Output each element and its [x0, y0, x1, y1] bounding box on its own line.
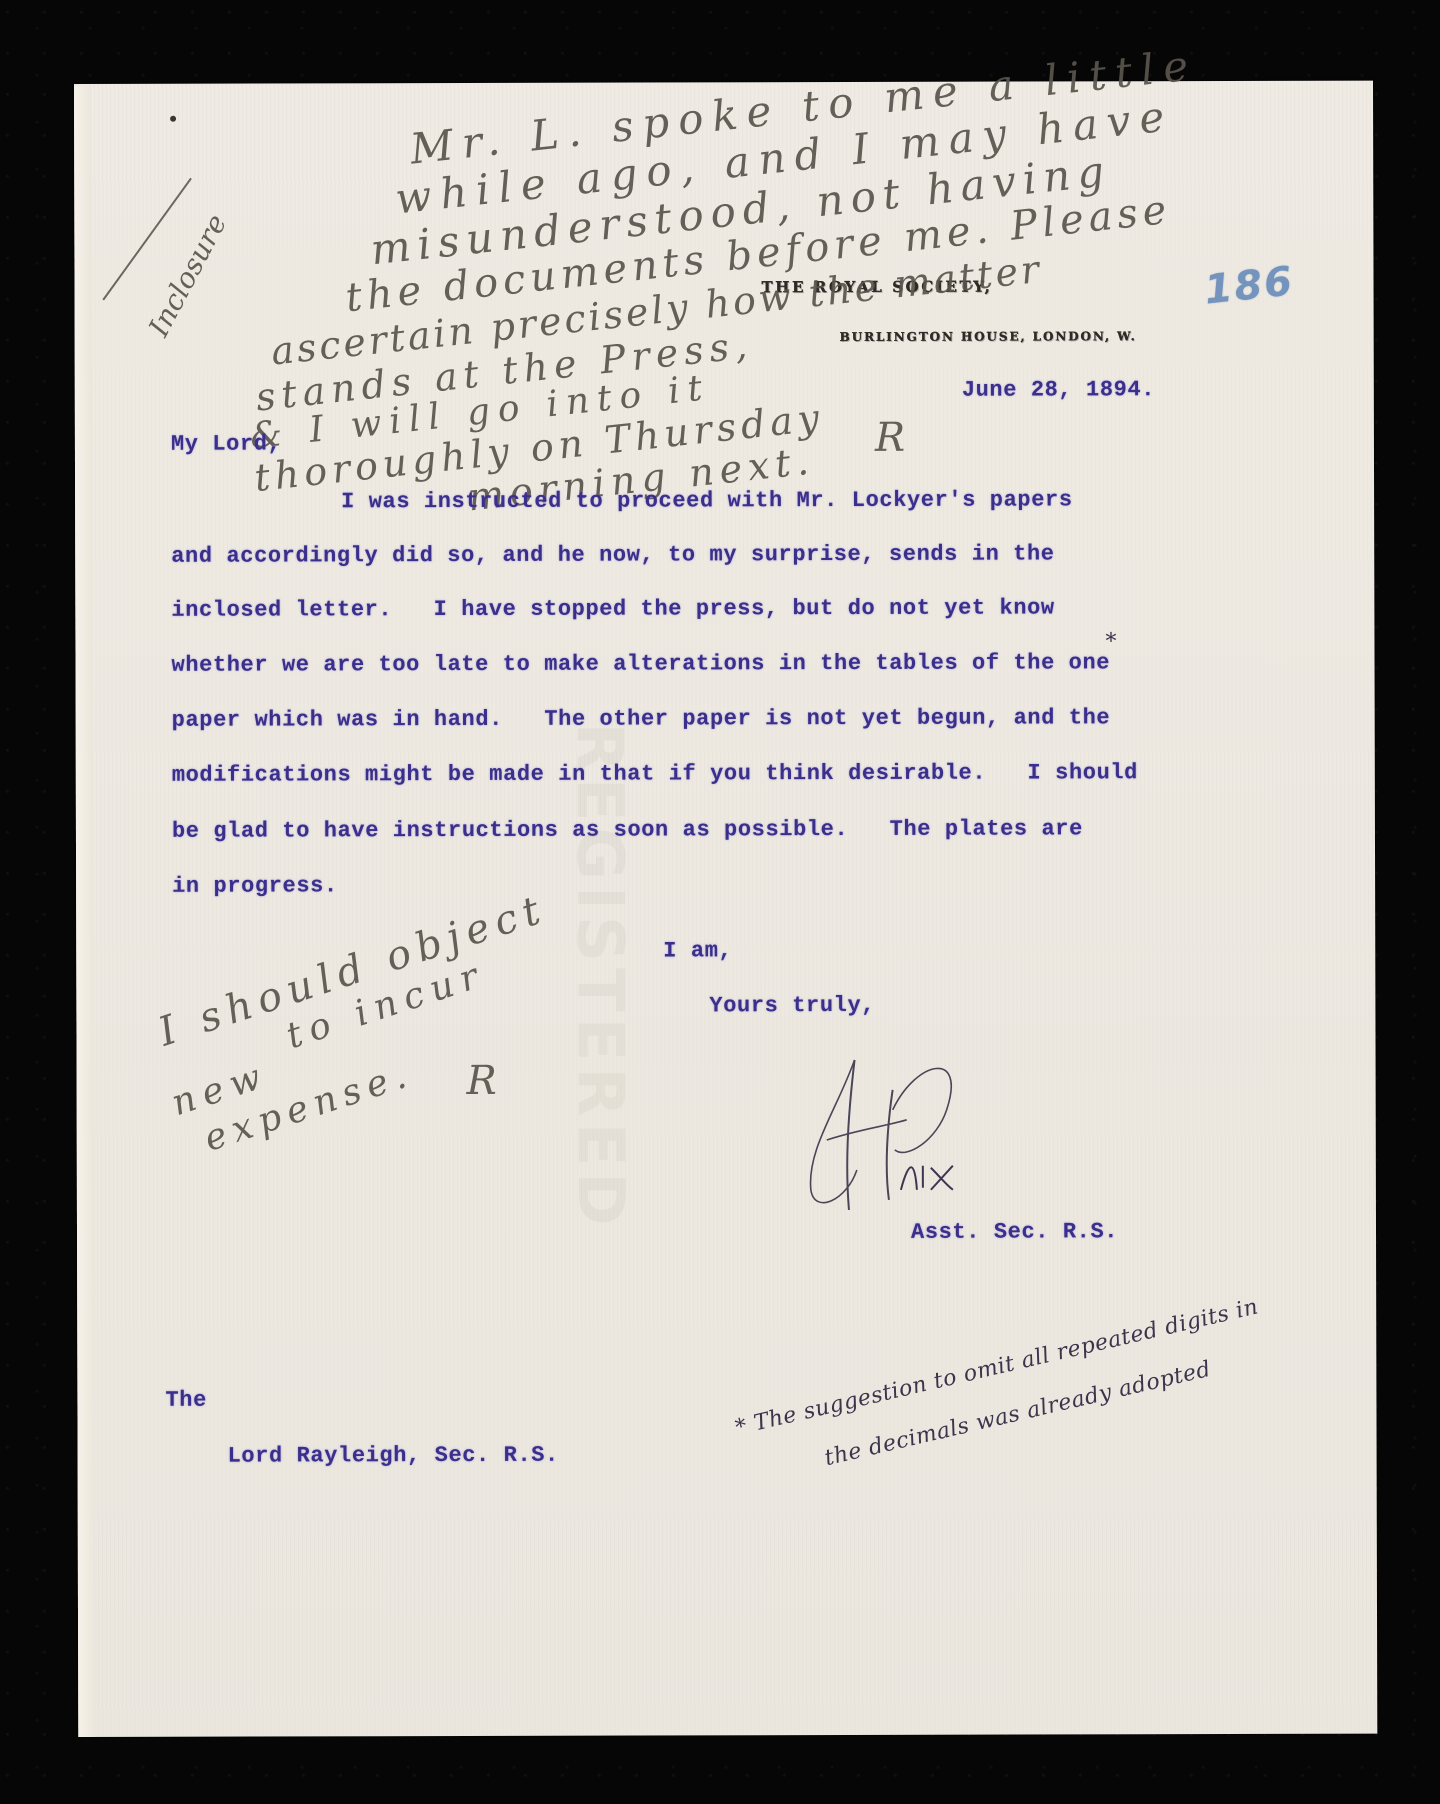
body-line: and accordingly did so, and he now, to m… [171, 543, 1054, 567]
closing-line: I am, [663, 940, 732, 962]
body-line: modifications might be made in that if y… [172, 762, 1138, 787]
signer-title: Asst. Sec. R.S. [911, 1221, 1118, 1244]
body-line: be glad to have instructions as soon as … [172, 818, 1083, 842]
top-handwritten-note: Mr. L. spoke to me a little while ago, a… [174, 0, 1410, 501]
body-line: whether we are too late to make alterati… [171, 652, 1110, 676]
top-note-initial: R [875, 418, 905, 458]
asterisk-mark: * [1105, 631, 1116, 653]
letter-date: June 28, 1894. [962, 379, 1155, 402]
scan-background: REGISTERED THE ROYAL SOCIETY, BURLINGTON… [0, 0, 1440, 1804]
body-line: inclosed letter. I have stopped the pres… [171, 597, 1054, 621]
salutation: My Lord, [171, 433, 281, 455]
left-note-initial: R [467, 1061, 497, 1101]
binding-strip [74, 86, 95, 1737]
letter-page: REGISTERED THE ROYAL SOCIETY, BURLINGTON… [74, 81, 1377, 1737]
addressee-name: Lord Rayleigh, Sec. R.S. [228, 1445, 559, 1468]
body-line: in progress. [172, 875, 338, 897]
addressee-line: The [165, 1390, 206, 1412]
closing-valediction: Yours truly, [709, 995, 875, 1017]
body-line: paper which was in hand. The other paper… [172, 707, 1111, 731]
footnote-annotation: * The suggestion to omit all repeated di… [733, 1277, 1369, 1554]
footnote-line: the decimals was already adopted [823, 1359, 1213, 1470]
body-line: I was instructed to proceed with Mr. Loc… [341, 489, 1073, 513]
signature: H. Rix [797, 1050, 997, 1221]
signature-glyph [797, 1050, 997, 1221]
